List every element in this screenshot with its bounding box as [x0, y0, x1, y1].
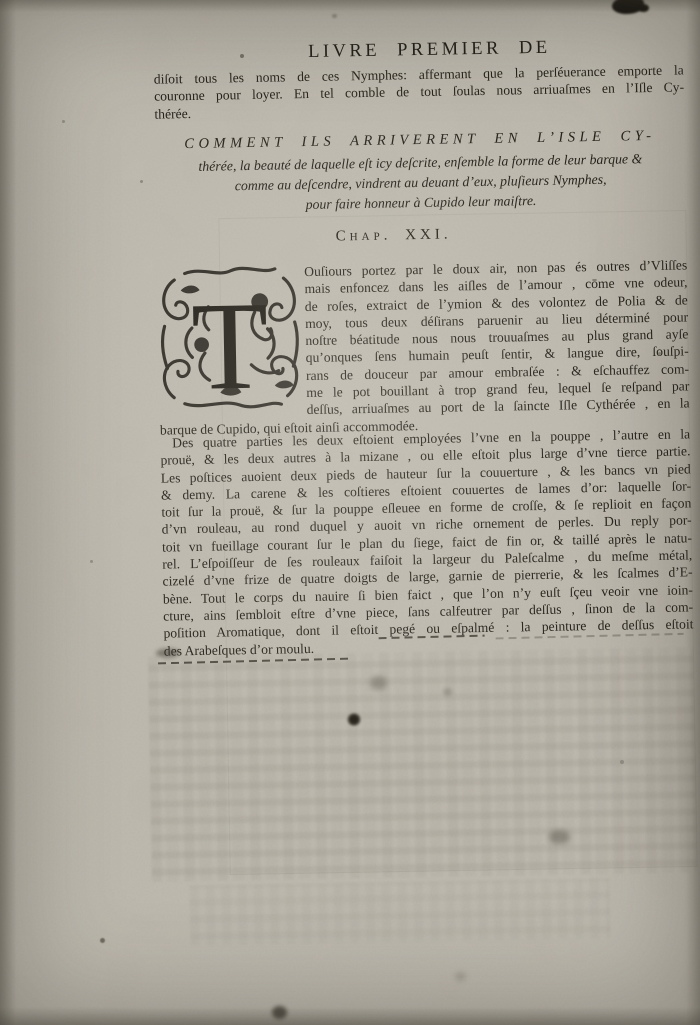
scan-vignette [0, 0, 700, 1025]
scanned-book-page: LIVRE PREMIER DE diſoit tous les noms de… [0, 0, 700, 1025]
